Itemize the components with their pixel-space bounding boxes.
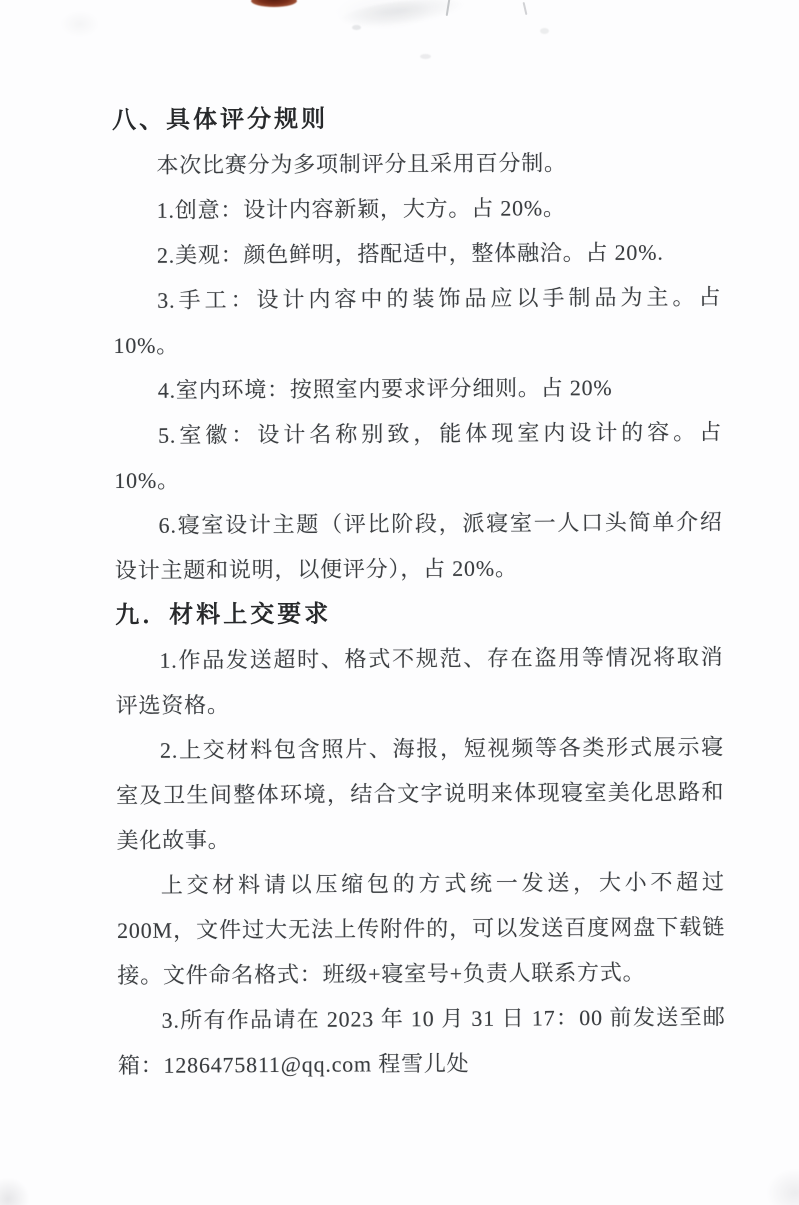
paragraph-rule-aesthetics: 2.美观：颜色鲜明，搭配适中，整体融洽。占 20%. [113, 229, 721, 278]
section-submission-requirements: 九．材料上交要求 1.作品发送超时、格式不规范、存在盗用等情况将取消评选资格。 … [115, 589, 726, 1088]
paragraph-rule-indoor-environment: 4.室内环境：按照室内要求评分细则。占 20% [114, 364, 722, 413]
scan-speck [540, 28, 549, 34]
paragraph-rule-handcraft: 3.手工：设计内容中的装饰品应以手制品为主。占 10%。 [113, 274, 722, 368]
scan-speck [420, 54, 431, 59]
red-ink-mark [251, 0, 297, 7]
paragraph-rule-room-emblem: 5.室徽：设计名称别致，能体现室内设计的容。占 10%。 [114, 409, 723, 503]
paragraph-material-types: 2.上交材料包含照片、海报，短视频等各类形式展示寝室及卫生间整体环境，结合文字说… [116, 724, 725, 863]
paragraph-packaging-and-naming: 上交材料请以压缩包的方式统一发送，大小不超过 200M，文件过大无法上传附件的，… [117, 859, 726, 998]
paragraph-deadline-and-email: 3.所有作品请在 2023 年 10 月 31 日 17：00 前发送至邮箱：1… [117, 994, 726, 1088]
paragraph-disqualification: 1.作品发送超时、格式不规范、存在盗用等情况将取消评选资格。 [115, 634, 724, 728]
pencil-smudge [337, 0, 467, 33]
document-content: 八、具体评分规则 本次比赛分为多项制评分且采用百分制。 1.创意：设计内容新颖，… [112, 94, 726, 1088]
scan-speck [352, 25, 361, 30]
paragraph-rule-creativity: 1.创意：设计内容新颖，大方。占 20%。 [113, 184, 721, 233]
paragraph-scoring-intro: 本次比赛分为多项制评分且采用百分制。 [112, 139, 720, 188]
paragraph-rule-design-theme: 6.寝室设计主题（评比阶段，派寝室一人口头简单介绍设计主题和说明，以便评分），占… [114, 499, 723, 593]
pencil-tick-mark [446, 0, 451, 16]
section-heading-scoring-rules: 八、具体评分规则 [112, 94, 720, 143]
section-scoring-rules: 八、具体评分规则 本次比赛分为多项制评分且采用百分制。 1.创意：设计内容新颖，… [112, 94, 723, 593]
pencil-tick-mark [523, 2, 528, 15]
section-heading-submission-requirements: 九．材料上交要求 [115, 589, 723, 638]
scanned-document-page: 八、具体评分规则 本次比赛分为多项制评分且采用百分制。 1.创意：设计内容新颖，… [0, 0, 799, 1205]
